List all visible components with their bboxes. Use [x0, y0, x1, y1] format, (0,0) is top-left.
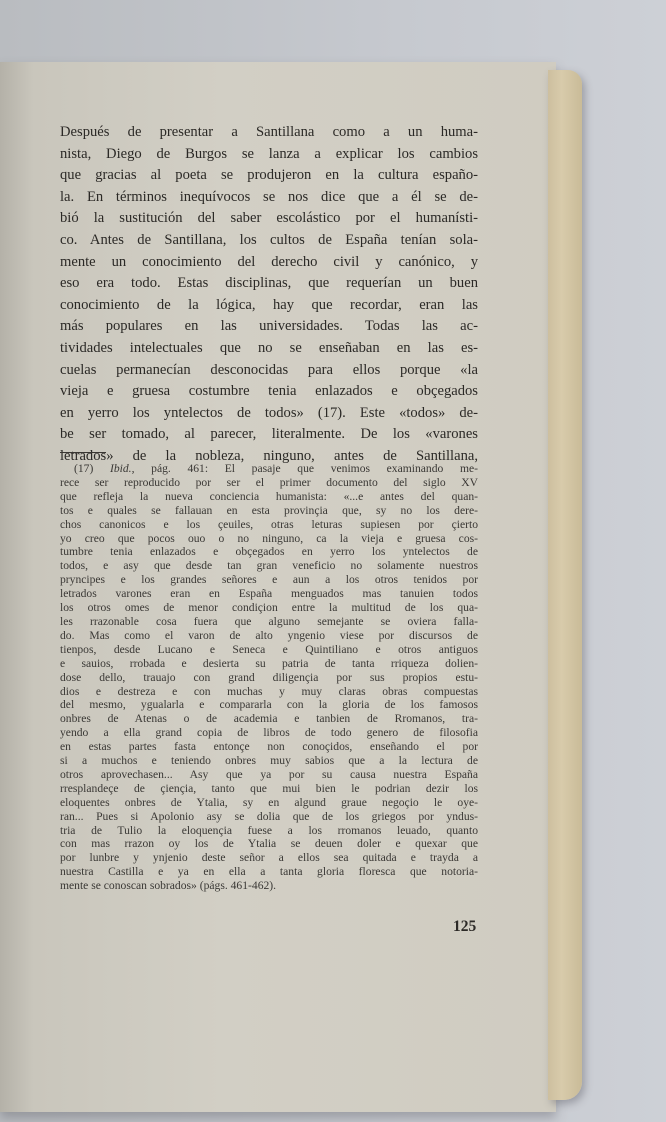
footnote-line: letrados varones eran en España menguado…	[60, 587, 478, 601]
footnote-line: (17) Ibid., pág. 461: El pasaje que veni…	[60, 462, 478, 476]
footnote-line: si a muchos e teniendo onbres muy sabios…	[60, 754, 478, 768]
body-line: Después de presentar a Santillana como a…	[60, 122, 478, 144]
body-line: eso era todo. Estas disciplinas, que req…	[60, 273, 478, 295]
body-text: Después de presentar a Santillana como a…	[60, 122, 478, 468]
body-line: be ser tomado, al parecer, literalmente.…	[60, 424, 478, 446]
footnote-line: tumbre tenia enlazados e obçegados en ye…	[60, 545, 478, 559]
footnote-line: por lunbre y ynjenio deste señor a ellos…	[60, 851, 478, 865]
footnote-line: onbres de Atenas o de academia e tanbien…	[60, 712, 478, 726]
footnote-line: rece ser reproducido por ser el primer d…	[60, 476, 478, 490]
footnote-line: rresplandeçe de çiençia, tanto que mui b…	[60, 782, 478, 796]
footnote-first-line: pág. 461: El pasaje que venimos examinan…	[151, 462, 478, 475]
footnote-rule	[60, 452, 106, 453]
footnote-marker: (17)	[74, 462, 93, 475]
body-line: que gracias al poeta se produjeron en la…	[60, 165, 478, 187]
body-line: co. Antes de Santillana, los cultos de E…	[60, 230, 478, 252]
body-line: en yerro los yntelectos de todos» (17). …	[60, 403, 478, 425]
body-line: tividades intelectuales que no se enseña…	[60, 338, 478, 360]
footnote-line: chos canonicos e los çeuiles, otras letu…	[60, 518, 478, 532]
footnote-line: otros aprovechasen... Asy que ya por su …	[60, 768, 478, 782]
footnote-line: nuestra Castilla e ya en ella a tanta gl…	[60, 865, 478, 879]
body-line: nista, Diego de Burgos se lanza a explic…	[60, 144, 478, 166]
footnote-line: tria de Tulio la eloquençia fuese a los …	[60, 824, 478, 838]
body-line: conocimiento de la lógica, hay que recor…	[60, 295, 478, 317]
body-line: bió la sustitución del saber escolástico…	[60, 208, 478, 230]
footnote-line: dose dello, trauajo con grand diligençia…	[60, 671, 478, 685]
footnote-line: les rrazonable cosa fuera que alguno sem…	[60, 615, 478, 629]
footnote-line: tos e quales se fallauan en esta provinç…	[60, 504, 478, 518]
footnote-line: mente se conoscan sobrados» (págs. 461-4…	[60, 879, 478, 893]
body-line: vieja e gruesa costumbre tenia enlazados…	[60, 381, 478, 403]
footnote: (17) Ibid., pág. 461: El pasaje que veni…	[60, 462, 478, 893]
body-line: la. En términos inequívocos se nos dice …	[60, 187, 478, 209]
footnote-line: tienpos, desde Lucano e Seneca e Quintil…	[60, 643, 478, 657]
book-fore-edge	[548, 70, 582, 1100]
footnote-line: e sauios, rrobada e desierta su patria d…	[60, 657, 478, 671]
body-line: mente un conocimiento del derecho civil …	[60, 252, 478, 274]
footnote-line: do. Mas como el varon de alto yngenio vi…	[60, 629, 478, 643]
footnote-line: que refleja la nueva conciencia humanist…	[60, 490, 478, 504]
footnote-line: yo creo que pocos ouo o no ninguno, ca l…	[60, 532, 478, 546]
footnote-line: pryncipes e los grandes señores e aun a …	[60, 573, 478, 587]
footnote-line: dios e destreza e con muchas y muy clara…	[60, 685, 478, 699]
body-line: más populares en las universidades. Toda…	[60, 316, 478, 338]
footnote-line: en estas partes fasta entonçe non conoçi…	[60, 740, 478, 754]
footnote-line: del mesmo, ygualarla e compararla con la…	[60, 698, 478, 712]
body-line: cuelas permanecían desconocidas para ell…	[60, 360, 478, 382]
page-number: 125	[453, 918, 476, 936]
footnote-line: eloquentes onbres de Ytalia, sy en algun…	[60, 796, 478, 810]
footnote-line: con mas rrazon oy los de Ytalia se deuen…	[60, 837, 478, 851]
footnote-line: los otros omes de menor condiçion entre …	[60, 601, 478, 615]
footnote-ibid: Ibid.,	[110, 462, 134, 475]
footnote-line: yendo a ella grand copia de libros de to…	[60, 726, 478, 740]
footnote-line: todos, e asy que desde tan gran venefici…	[60, 559, 478, 573]
footnote-line: ran... Pues si Apolonio asy se dolia que…	[60, 810, 478, 824]
